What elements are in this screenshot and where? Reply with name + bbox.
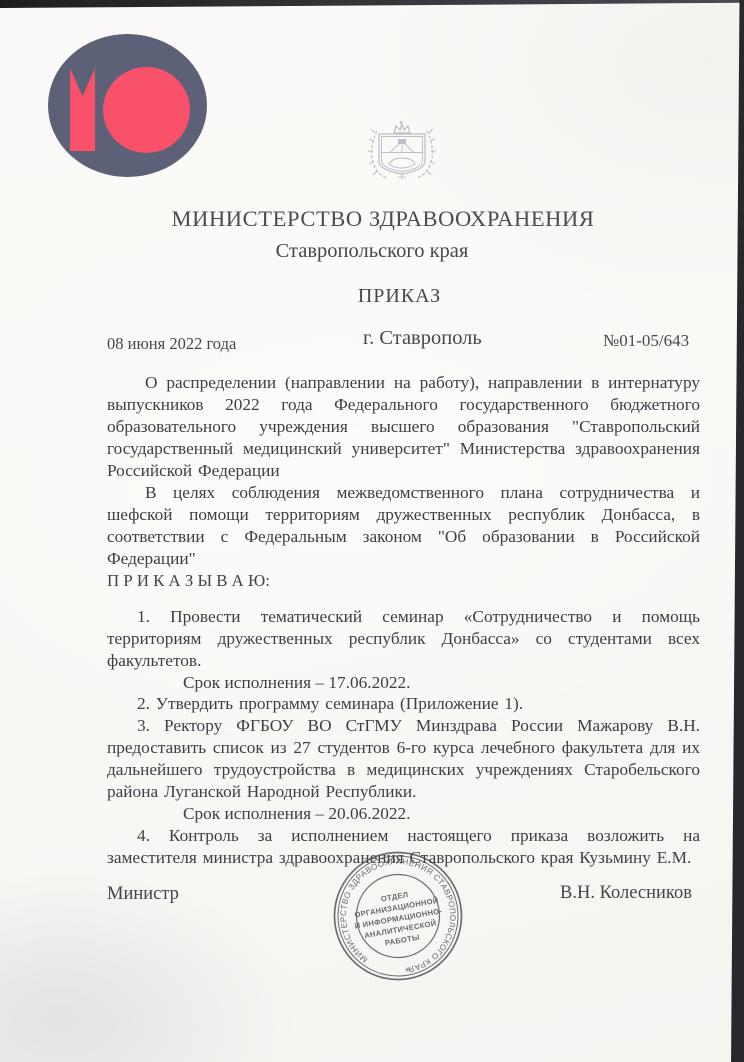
yu-letter-bar-icon: [70, 68, 95, 151]
yu-media-logo: [48, 34, 207, 177]
scanned-order-page: { "logo": { "circle_color": "#5c6177", "…: [0, 0, 744, 1062]
order-item-1: 1. Провести тематический семинар «Сотруд…: [107, 606, 700, 672]
order-preamble: В целях соблюдения межведомственного пла…: [107, 482, 700, 570]
order-item-3-deadline: Срок исполнения – 20.06.2022.: [107, 803, 700, 825]
document-type-title: ПРИКАЗ: [0, 285, 744, 308]
order-items: 1. Провести тематический семинар «Сотруд…: [107, 606, 700, 869]
ministry-round-stamp: МИНИСТЕРСТВО ЗДРАВООХРАНЕНИЯ СТАВРОПОЛЬС…: [328, 846, 468, 986]
region-subtitle: Ставропольского края: [0, 240, 744, 263]
stavropol-coat-of-arms-icon: [363, 119, 441, 190]
document-body: О распределении (направлении на работу),…: [107, 372, 700, 869]
order-item-2: 2. Утвердить программу семинара (Приложе…: [107, 693, 700, 715]
order-item-1-deadline: Срок исполнения – 17.06.2022.: [107, 672, 700, 694]
order-heading: П Р И К А З Ы В А Ю:: [107, 570, 700, 592]
yu-letter-circle-icon: [103, 67, 190, 153]
signer-name: В.Н. Колесников: [560, 883, 692, 904]
order-date: 08 июня 2022 года: [107, 334, 236, 354]
ministry-title: МИНИСТЕРСТВО ЗДРАВООХРАНЕНИЯ: [0, 206, 744, 232]
order-item-3: 3. Ректору ФГБОУ ВО СтГМУ Минздрава Росс…: [107, 715, 700, 803]
order-subject: О распределении (направлении на работу),…: [107, 372, 700, 482]
signer-position: Министр: [107, 884, 179, 905]
order-city: г. Ставрополь: [363, 327, 482, 350]
order-number: №01-05/643: [603, 331, 689, 351]
